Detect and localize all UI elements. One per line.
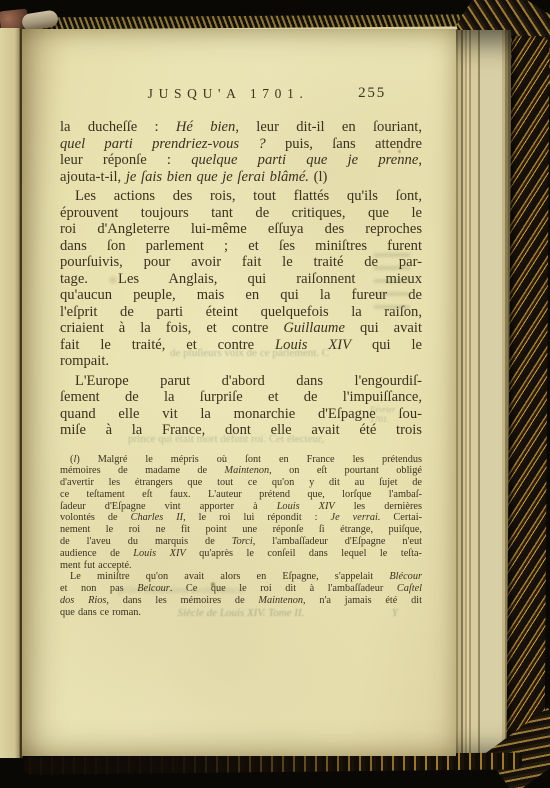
roman-text: fait le traité, et contre	[60, 337, 275, 353]
text-line: que dans ce roman.	[60, 607, 422, 619]
book-photo: de pluſieurs voix de ce parlement. C pri…	[0, 0, 550, 788]
roman-text: pourſuivis, pour avoir fait le traité de…	[60, 254, 422, 270]
roman-text: L'Europe parut d'abord dans l'engourdiſ-	[75, 373, 422, 389]
roman-text: ſadeur d'Eſpagne vint apporter à	[60, 501, 277, 512]
text-line: d'avertir les étrangers que tout ce qu'o…	[60, 477, 422, 489]
italic-text: Je verrai.	[331, 512, 381, 523]
italic-text: Caſtel	[397, 583, 422, 594]
roman-text: que dans ce roman.	[60, 607, 141, 618]
roman-text: éprouvent toujours tant de critiques, qu…	[60, 205, 422, 221]
text-line: ſadeur d'Eſpagne vint apporter à Louis X…	[60, 501, 422, 513]
gilt-cover-edge-right	[506, 36, 549, 768]
text-line: éprouvent toujours tant de critiques, qu…	[60, 205, 422, 222]
roman-text: qui avait	[345, 320, 422, 336]
body-paragraph: Les actions des rois, tout flattés qu'il…	[60, 188, 422, 370]
roman-text: , l'ambaſſadeur d'Eſpagne n'eut	[253, 536, 422, 547]
page-number: 255	[358, 85, 386, 102]
text-line: ment fut accepté.	[60, 560, 422, 572]
roman-text: audience de	[60, 548, 133, 559]
text-column: JUSQU'A 1701. 255 la ducheſſe : Hé bien,…	[60, 86, 422, 619]
roman-text: de l'aveu du marquis de	[60, 536, 232, 547]
roman-text: . Ce que le roi dit à l'ambaſſadeur	[170, 583, 397, 594]
body-text: la ducheſſe : Hé bien, leur dit-il en ſo…	[60, 119, 422, 439]
roman-text: , dans les mémoires de	[106, 595, 258, 606]
roman-text: ce teſtament eſt faux. L'auteur prétend …	[60, 489, 422, 500]
text-line: L'Europe parut d'abord dans l'engourdiſ-	[60, 373, 422, 390]
italic-text: Maintenon	[225, 465, 270, 476]
facing-page-sliver	[0, 28, 21, 758]
roman-text: la ducheſſe :	[60, 119, 176, 135]
roman-text: puis, ſans attendre	[266, 136, 422, 152]
text-line: roi d'Angleterre lui-même eſſuya des rep…	[60, 221, 422, 238]
page-fore-edge-stack	[456, 30, 511, 757]
book-page: de pluſieurs voix de ce parlement. C pri…	[22, 29, 456, 756]
roman-text: volontés de	[60, 512, 131, 523]
italic-text: Louis XIV	[277, 501, 335, 512]
roman-text: dans ſon parlement ; et ſes miniſtres fu…	[60, 238, 422, 254]
text-line: dans ſon parlement ; et ſes miniſtres fu…	[60, 238, 422, 255]
italic-text: quelque parti que je prenne	[191, 152, 418, 168]
roman-text: ajouta-t-il,	[60, 169, 126, 185]
italic-text: Hé bien	[176, 119, 235, 135]
roman-text: , n'a jamais été dit	[303, 595, 422, 606]
text-line: leur réponſe : quelque parti que je pren…	[60, 152, 422, 169]
text-line: criaient à la fois, et contre Guillaume …	[60, 320, 422, 337]
roman-text: quand elle vit la monarchie d'Eſpagne ſo…	[60, 406, 422, 422]
text-line: et non pas Belcour. Ce que le roi dit à …	[60, 583, 422, 595]
italic-text: Charles II	[131, 512, 183, 523]
roman-text: leur réponſe :	[60, 152, 191, 168]
text-line: volontés de Charles II, le roi lui répon…	[60, 512, 422, 524]
roman-text: Certai-	[380, 512, 422, 523]
text-line: Le miniſtre qu'on avait alors en Eſpagne…	[60, 571, 422, 583]
roman-text: ſement de la ſurpriſe et de l'impuiſſanc…	[60, 389, 422, 405]
roman-text: qu'aucun peuple, mais en qui la fureur d…	[60, 287, 422, 303]
running-header: JUSQU'A 1701. 255	[60, 86, 422, 106]
roman-text: et non pas	[60, 583, 137, 594]
roman-text: Les actions des rois, tout flattés qu'il…	[75, 188, 422, 204]
roman-text: rompait.	[60, 353, 109, 369]
italic-text: Blécour	[389, 571, 422, 582]
text-line: dos Rios, dans les mémoires de Maintenon…	[60, 595, 422, 607]
text-line: quel parti prendriez-vous ? puis, ſans a…	[60, 136, 422, 153]
italic-text: Maintenon	[258, 595, 303, 606]
roman-text: qu'après le conſeil dans lequel le teſta…	[186, 548, 422, 559]
italic-text: Guillaume	[283, 320, 345, 336]
body-paragraph: L'Europe parut d'abord dans l'engourdiſ-…	[60, 373, 422, 439]
roman-text: d'avertir les étrangers que tout ce qu'o…	[60, 477, 422, 488]
roman-text: ) Malgré le mépris où ſont en France les…	[76, 454, 422, 465]
italic-text: Torci	[232, 536, 253, 547]
roman-text: ,	[418, 152, 422, 168]
roman-text: criaient à la fois, et contre	[60, 320, 283, 336]
footnote-paragraph: Le miniſtre qu'on avait alors en Eſpagne…	[60, 571, 422, 618]
text-line: rompait.	[60, 353, 422, 370]
text-line: nement le roi ne fit point une réponſe ſ…	[60, 524, 422, 536]
roman-text: , le roi lui répondit :	[183, 512, 330, 523]
footnote: (l) Malgré le mépris où ſont en France l…	[60, 454, 422, 619]
text-line: pourſuivis, pour avoir fait le traité de…	[60, 254, 422, 271]
italic-text: quel parti prendriez-vous ?	[60, 136, 266, 152]
running-header-title: JUSQU'A 1701.	[148, 86, 309, 102]
text-line: la ducheſſe : Hé bien, leur dit-il en ſo…	[60, 119, 422, 136]
roman-text: ment fut accepté.	[60, 560, 132, 571]
text-line: tage. Les Anglais, qui raiſonnent mieux	[60, 271, 422, 288]
text-line: fait le traité, et contre Louis XIV qui …	[60, 337, 422, 354]
roman-text: , on eſt pourtant obligé	[269, 465, 422, 476]
footnote-paragraph: (l) Malgré le mépris où ſont en France l…	[60, 454, 422, 572]
italic-text: dos Rios	[60, 595, 106, 606]
roman-text: , leur dit-il en ſouriant,	[235, 119, 422, 135]
text-line: (l) Malgré le mépris où ſont en France l…	[60, 454, 422, 466]
roman-text: tage. Les Anglais, qui raiſonnent mieux	[60, 271, 422, 287]
italic-text: je ſais bien que je ſerai blâmé.	[126, 169, 309, 185]
roman-text: roi d'Angleterre lui-même eſſuya des rep…	[60, 221, 422, 237]
roman-text: (l)	[309, 169, 327, 185]
text-line: l'eſprit de parti éteint quelquefois la …	[60, 304, 422, 321]
text-line: quand elle vit la monarchie d'Eſpagne ſo…	[60, 406, 422, 423]
italic-text: Louis XIV	[275, 337, 351, 353]
roman-text: qui le	[351, 337, 422, 353]
italic-text: Belcour	[137, 583, 170, 594]
roman-text: mémoires de madame de	[60, 465, 225, 476]
text-line: Les actions des rois, tout flattés qu'il…	[60, 188, 422, 205]
text-line: audience de Louis XIV qu'après le conſei…	[60, 548, 422, 560]
roman-text: nement le roi ne fit point une réponſe ſ…	[60, 524, 422, 535]
text-line: mémoires de madame de Maintenon, on eſt …	[60, 465, 422, 477]
roman-text: l'eſprit de parti éteint quelquefois la …	[60, 304, 422, 320]
italic-text: Louis XIV	[133, 548, 185, 559]
text-line: ajouta-t-il, je ſais bien que je ſerai b…	[60, 169, 422, 186]
roman-text: miſe à la France, dont elle avait été tr…	[60, 422, 422, 438]
text-line: qu'aucun peuple, mais en qui la fureur d…	[60, 287, 422, 304]
text-line: de l'aveu du marquis de Torci, l'ambaſſa…	[60, 536, 422, 548]
text-line: miſe à la France, dont elle avait été tr…	[60, 422, 422, 439]
roman-text: les dernières	[335, 501, 422, 512]
text-line: ce teſtament eſt faux. L'auteur prétend …	[60, 489, 422, 501]
text-line: ſement de la ſurpriſe et de l'impuiſſanc…	[60, 389, 422, 406]
roman-text: Le miniſtre qu'on avait alors en Eſpagne…	[70, 571, 389, 582]
body-paragraph: la ducheſſe : Hé bien, leur dit-il en ſo…	[60, 119, 422, 185]
